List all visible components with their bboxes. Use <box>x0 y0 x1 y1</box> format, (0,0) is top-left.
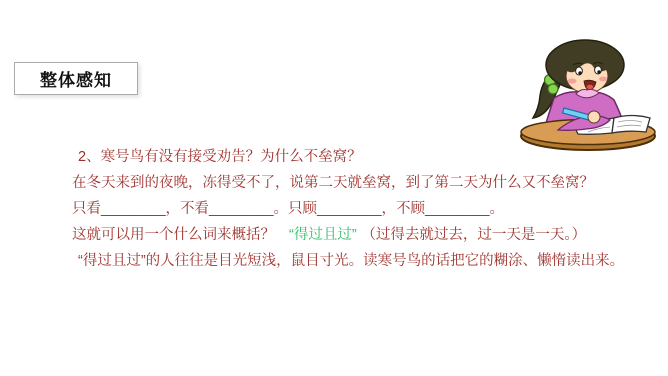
hand <box>588 111 600 123</box>
summary-line: 这就可以用一个什么词来概括？“得过且过”（过得去就过去，过一天是一天。） <box>72 222 632 248</box>
hair-bead <box>548 84 558 94</box>
idiom-explanation-text: （过得去就过去，过一天是一天。） <box>369 227 587 243</box>
question-line: 2、寒号鸟有没有接受劝告？为什么不垒窝？ <box>72 144 632 170</box>
section-title: 整体感知 <box>40 66 112 91</box>
blush <box>568 78 577 83</box>
pupil <box>597 70 600 73</box>
summary-question-text: 这就可以用一个什么词来概括？ <box>72 227 275 243</box>
idiom-highlight: “得过且过” <box>289 227 357 243</box>
blush <box>599 77 607 82</box>
book-right-page <box>612 116 650 134</box>
conclusion-line: “得过且过”的人往往是目光短浅，鼠目寸光。读寒号鸟的话把它的糊涂、懒惰读出来。 <box>72 248 632 274</box>
pupil <box>578 71 581 74</box>
tongue <box>587 85 594 89</box>
lesson-text-block: 2、寒号鸟有没有接受劝告？为什么不垒窝？ 在冬天来到的夜晚，冻得受不了，说第二天… <box>72 144 632 274</box>
presentation-slide: 整体感知 <box>0 0 668 376</box>
section-title-box: 整体感知 <box>14 62 138 95</box>
girl-reading-illustration <box>506 38 668 155</box>
analysis-line: 在冬天来到的夜晚，冻得受不了，说第二天就垒窝，到了第二天为什么又不垒窝？ <box>72 170 632 196</box>
fill-in-blanks-line: 只看________，不看________。只顾________，不顾_____… <box>72 196 632 222</box>
